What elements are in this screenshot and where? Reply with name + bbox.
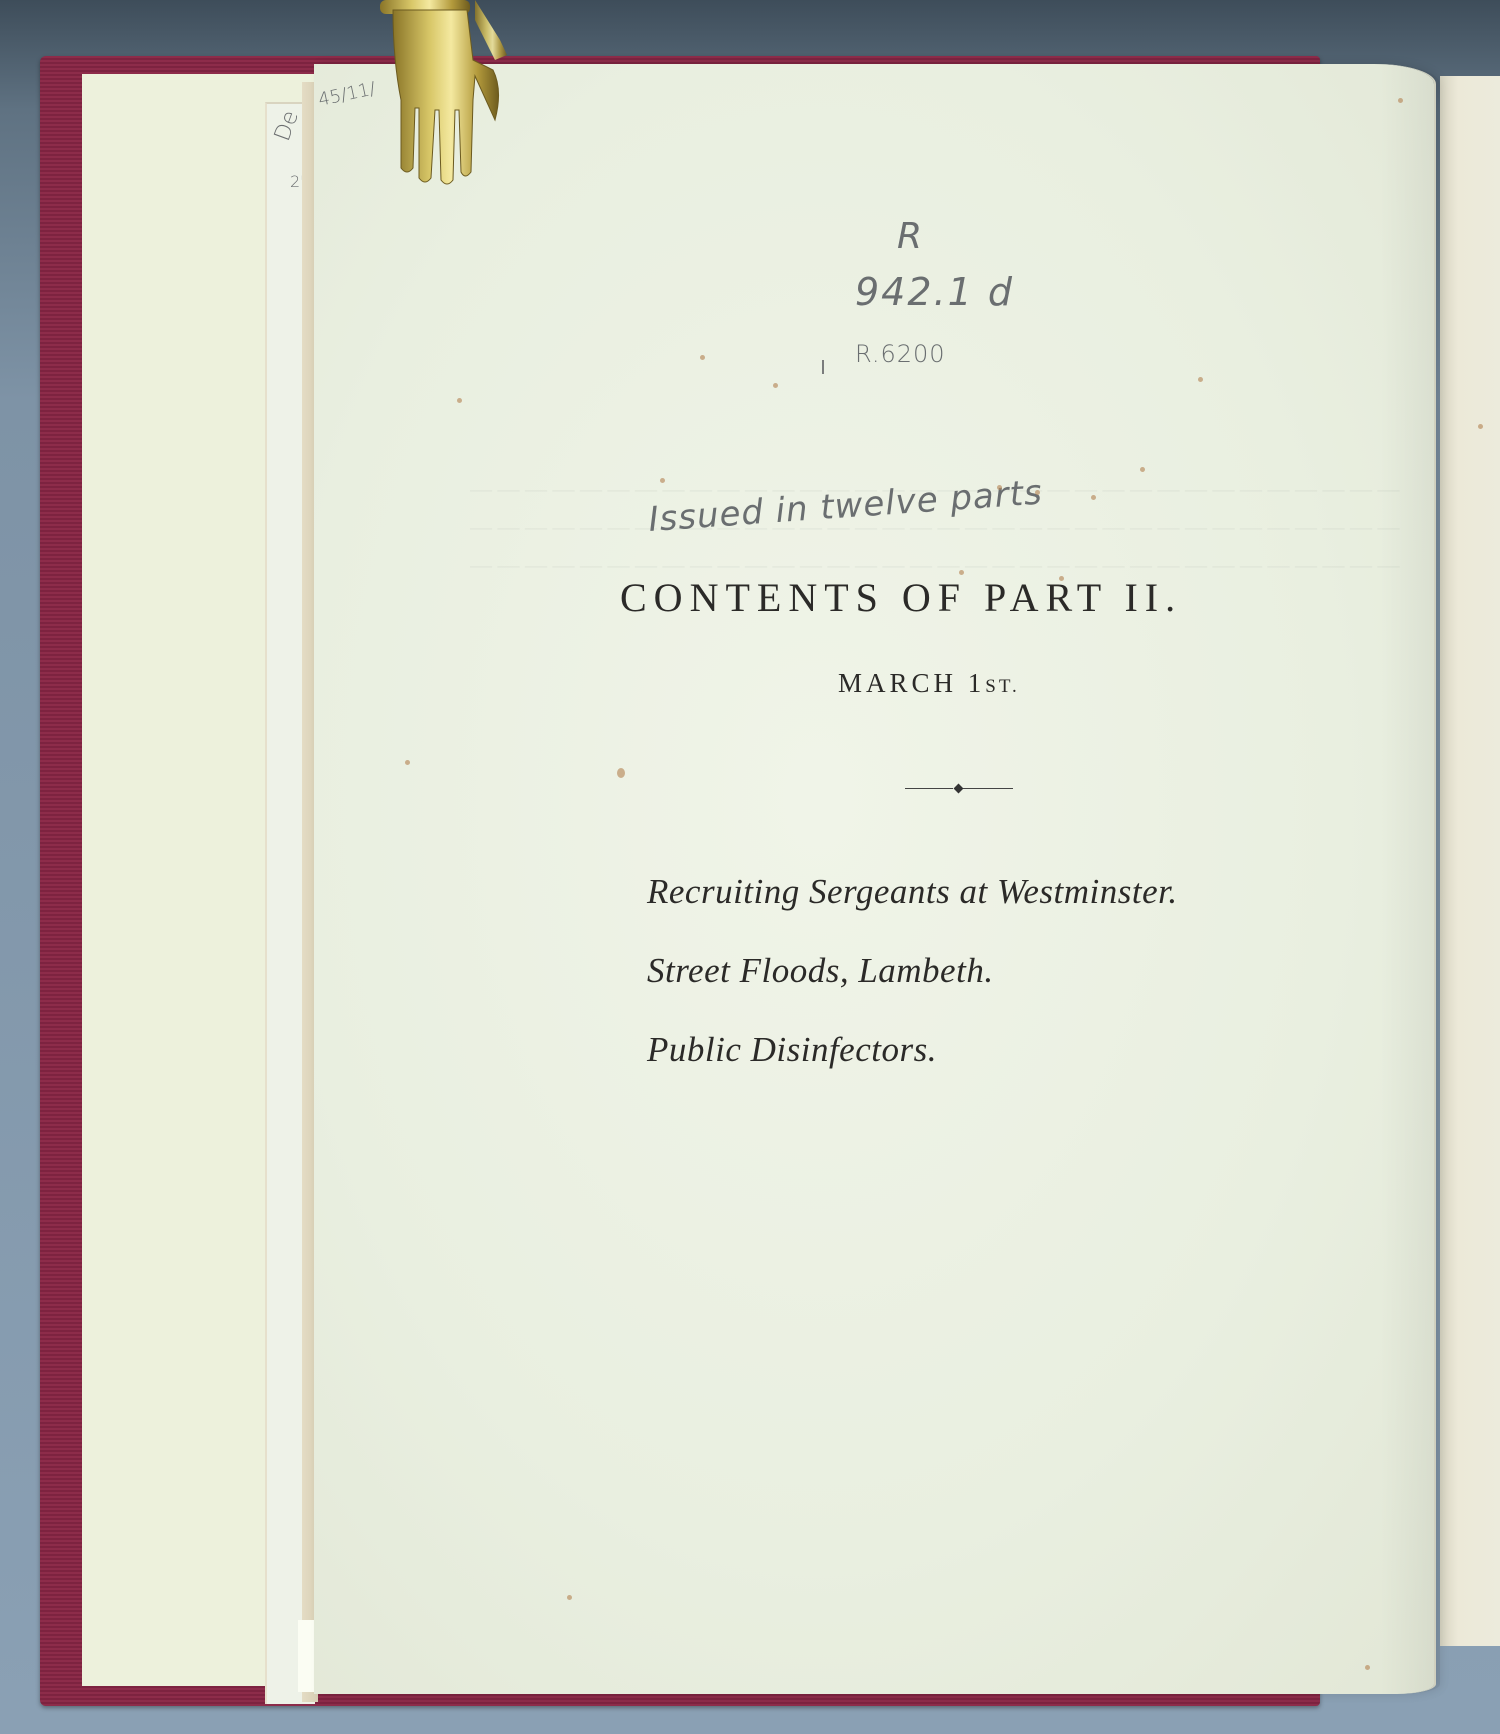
contents-item: Street Floods, Lambeth. bbox=[647, 951, 994, 991]
next-page-edge bbox=[1440, 76, 1500, 1646]
date-suffix: ST. bbox=[985, 676, 1020, 697]
page-title: CONTENTS OF PART II. bbox=[620, 574, 1182, 621]
accession-number-annotation: R.6200 bbox=[855, 340, 946, 368]
ornament-rule-left bbox=[905, 788, 953, 789]
ornament-rule-right bbox=[963, 788, 1013, 789]
diamond-icon bbox=[954, 784, 964, 794]
brass-hand-bookmark-icon bbox=[375, 0, 515, 195]
date-line: MARCH 1ST. bbox=[838, 668, 1020, 699]
contents-item: Recruiting Sergeants at Westminster. bbox=[647, 872, 1178, 912]
page-curl-shadow bbox=[1380, 64, 1440, 1694]
shelf-letter-annotation: R bbox=[897, 216, 922, 257]
ornament-divider bbox=[905, 785, 1013, 793]
call-number-annotation: 942.1 d bbox=[855, 270, 1014, 314]
pencil-tick-mark bbox=[822, 360, 824, 374]
contents-item: Public Disinfectors. bbox=[647, 1030, 937, 1070]
date-main: MARCH 1 bbox=[838, 668, 985, 698]
